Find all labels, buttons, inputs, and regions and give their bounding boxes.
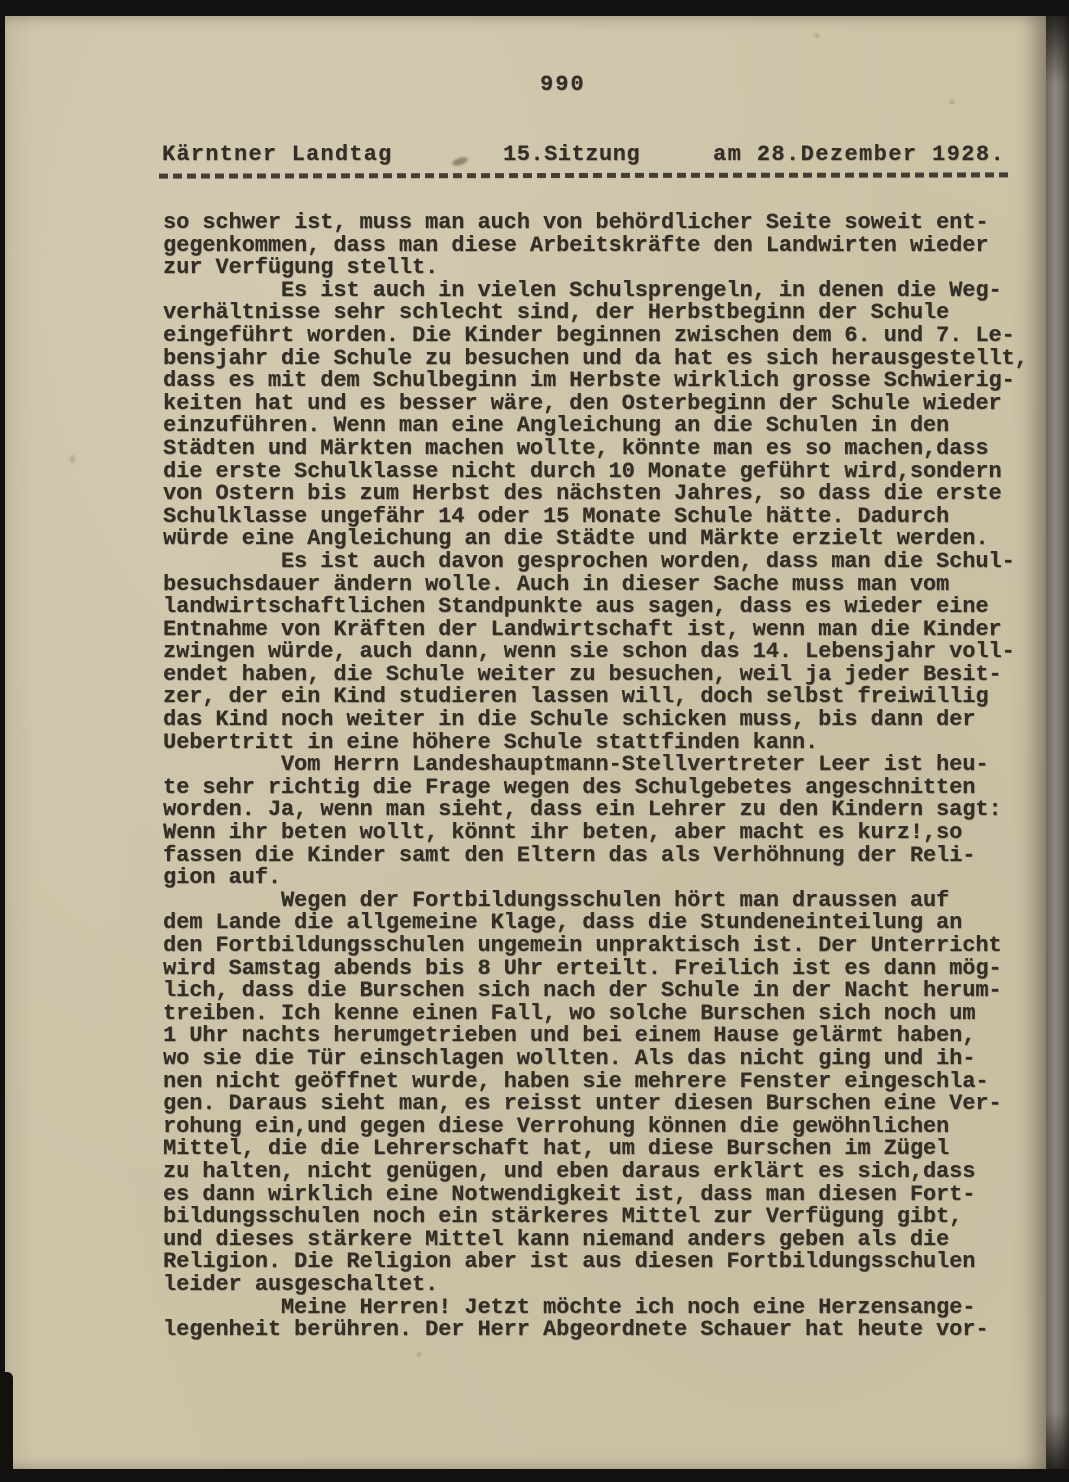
text-line: fassen die Kinder samt den Eltern das al… bbox=[163, 845, 1055, 868]
text-line: 1 Uhr nachts herumgetrieben und bei eine… bbox=[163, 1025, 1055, 1048]
ink-smudge bbox=[70, 455, 75, 463]
text-line: Meine Herren! Jetzt möchte ich noch eine… bbox=[163, 1297, 1055, 1320]
text-line: würde eine Angleichung an die Städte und… bbox=[163, 528, 1055, 551]
document-body: so schwer ist, muss man auch von behördl… bbox=[163, 212, 1055, 1342]
header-institution: Kärntner Landtag bbox=[162, 142, 392, 167]
text-line: wo sie die Tür einschlagen wollten. Als … bbox=[163, 1048, 1055, 1071]
text-line: gen. Daraus sieht man, es reisst unter d… bbox=[163, 1093, 1055, 1116]
text-line: gegenkommen, dass man diese Arbeitskräft… bbox=[163, 235, 1055, 258]
text-line: treiben. Ich kenne einen Fall, wo solche… bbox=[163, 1003, 1055, 1026]
text-line: rohung ein,und gegen diese Verrohung kön… bbox=[163, 1116, 1055, 1139]
text-line: nen nicht geöffnet wurde, haben sie mehr… bbox=[163, 1071, 1055, 1094]
text-line: den Fortbildungsschulen ungemein unprakt… bbox=[163, 935, 1055, 958]
text-line: Religion. Die Religion aber ist aus dies… bbox=[163, 1251, 1055, 1274]
text-line: zer, der ein Kind studieren lassen will,… bbox=[163, 686, 1055, 709]
text-line: so schwer ist, muss man auch von behördl… bbox=[163, 212, 1055, 235]
scan-border-corner bbox=[0, 1372, 13, 1482]
text-line: von Ostern bis zum Herbst des nächsten J… bbox=[163, 483, 1055, 506]
text-line: legenheit berühren. Der Herr Abgeordnete… bbox=[163, 1319, 1055, 1342]
text-line: es dann wirklich eine Notwendigkeit ist,… bbox=[163, 1184, 1055, 1207]
text-line: Uebertritt in eine höhere Schule stattfi… bbox=[163, 732, 1055, 755]
text-line: zu halten, nicht genügen, und eben darau… bbox=[163, 1161, 1055, 1184]
text-line: Städten und Märkten machen wollte, könnt… bbox=[163, 438, 1055, 461]
text-line: bensjahr die Schule zu besuchen und da h… bbox=[163, 348, 1055, 371]
text-line: eingeführt worden. Die Kinder beginnen z… bbox=[163, 325, 1055, 348]
ink-smudge bbox=[950, 100, 954, 104]
header-session: 15.Sitzung bbox=[503, 142, 640, 167]
text-line: dem Lande die allgemeine Klage, dass die… bbox=[163, 912, 1055, 935]
text-line: leider ausgeschaltet. bbox=[163, 1274, 1055, 1297]
text-line: Entnahme von Kräften der Landwirtschaft … bbox=[163, 619, 1055, 642]
text-line: das Kind noch weiter in die Schule schic… bbox=[163, 709, 1055, 732]
text-line: wird Samstag abends bis 8 Uhr erteilt. F… bbox=[163, 958, 1055, 981]
text-line: Vom Herrn Landeshauptmann-Stellvertreter… bbox=[163, 754, 1055, 777]
text-line: Schulklasse ungefähr 14 oder 15 Monate S… bbox=[163, 506, 1055, 529]
page-number: 990 bbox=[540, 72, 586, 97]
text-line: verhältnisse sehr schlecht sind, der Her… bbox=[163, 302, 1055, 325]
text-line: und dieses stärkere Mittel kann niemand … bbox=[163, 1229, 1055, 1252]
scan-border-top bbox=[0, 0, 1069, 16]
scan-border-bottom bbox=[0, 1469, 1069, 1482]
text-line: gion auf. bbox=[163, 867, 1055, 890]
text-line: zur Verfügung stellt. bbox=[163, 257, 1055, 280]
text-line: zwingen würde, auch dann, wenn sie schon… bbox=[163, 641, 1055, 664]
text-line: besuchsdauer ändern wolle. Auch in diese… bbox=[163, 574, 1055, 597]
text-line: dass es mit dem Schulbeginn im Herbste w… bbox=[163, 370, 1055, 393]
text-line: einzuführen. Wenn man eine Angleichung a… bbox=[163, 415, 1055, 438]
text-line: keiten hat und es besser wäre, den Oster… bbox=[163, 393, 1055, 416]
text-line: Es ist auch in vielen Schulsprengeln, in… bbox=[163, 280, 1055, 303]
text-line: Mittel, die die Lehrerschaft hat, um die… bbox=[163, 1138, 1055, 1161]
text-line: endet haben, die Schule weiter zu besuch… bbox=[163, 664, 1055, 687]
text-line: Wenn ihr beten wollt, könnt ihr beten, a… bbox=[163, 822, 1055, 845]
text-line: Es ist auch davon gesprochen worden, das… bbox=[163, 551, 1055, 574]
text-line: bildungsschulen noch ein stärkeres Mitte… bbox=[163, 1206, 1055, 1229]
text-line: lich, dass die Burschen sich nach der Sc… bbox=[163, 980, 1055, 1003]
text-line: Wegen der Fortbildungsschulen hört man d… bbox=[163, 890, 1055, 913]
ink-smudge bbox=[417, 1352, 421, 1357]
scan-border-left bbox=[0, 0, 5, 1482]
text-line: te sehr richtig die Frage wegen des Schu… bbox=[163, 777, 1055, 800]
text-line: worden. Ja, wenn man sieht, dass ein Leh… bbox=[163, 799, 1055, 822]
header-date: am 28.Dezember 1928. bbox=[713, 142, 1005, 167]
text-line: die erste Schulklasse nicht durch 10 Mon… bbox=[163, 461, 1055, 484]
text-line: landwirtschaftlichen Standpunkte aus sag… bbox=[163, 596, 1055, 619]
